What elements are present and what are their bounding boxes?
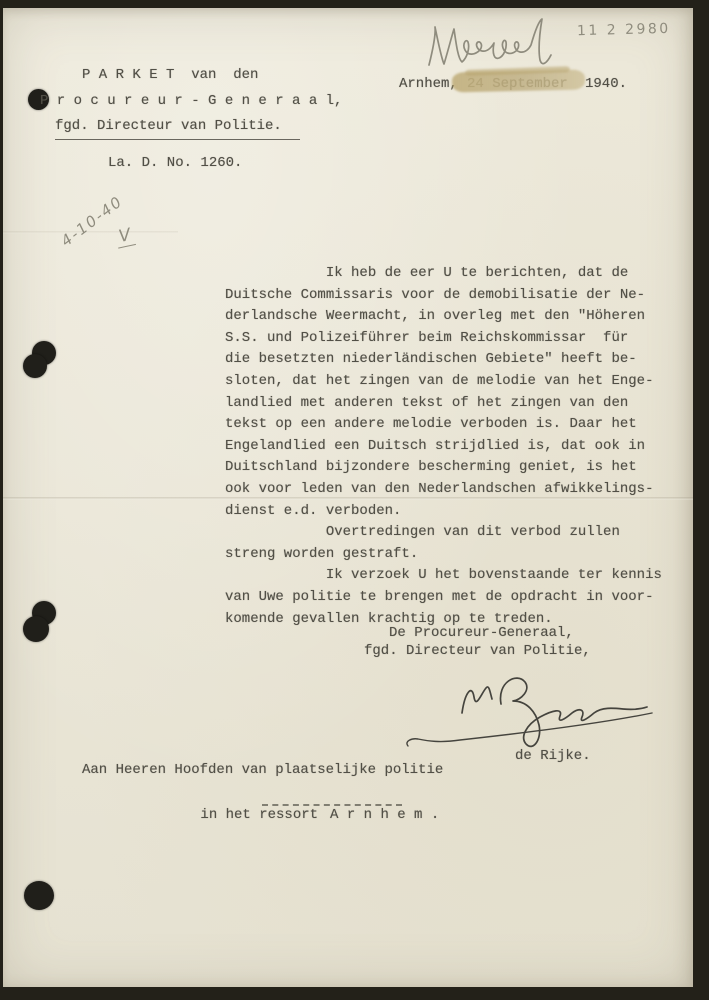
body-line: derlandsche Weermacht, in overleg met de… xyxy=(225,306,662,328)
body-line: van Uwe politie te brengen met de opdrac… xyxy=(225,587,662,609)
reference-number: La. D. No. 1260. xyxy=(108,153,242,175)
address-line2-place: A r n h e m . xyxy=(330,807,439,823)
body-line: S.S. und Polizeiführer beim Reichskommis… xyxy=(225,328,662,350)
letterhead-office-line1: P A R K E T van den xyxy=(82,65,258,87)
scanner-background: 11 2 2980 P A R K E T van den P r o c u … xyxy=(0,0,709,1000)
dateline-year: 1940. xyxy=(585,74,627,96)
letterhead-office-line3: fgd. Directeur van Politie. xyxy=(55,116,300,140)
signature-title-line2: fgd. Directeur van Politie, xyxy=(364,641,591,663)
document-page: 11 2 2980 P A R K E T van den P r o c u … xyxy=(3,8,693,987)
body-line: landlied met anderen tekst of het zingen… xyxy=(225,393,662,415)
punch-hole xyxy=(24,881,54,910)
handwritten-scrawl xyxy=(423,15,568,73)
body-line: Ik verzoek U het bovenstaande ter kennis xyxy=(225,565,662,587)
address-line2: in het ressortA r n h e m . xyxy=(150,783,439,848)
body-line: ook voor leden van den Nederlandschen af… xyxy=(225,479,662,501)
dateline-place: Arnhem, xyxy=(399,74,458,96)
body-line: sloten, dat het zingen van de melodie va… xyxy=(225,371,662,393)
body-line: die besetzten niederländischen Gebiete" … xyxy=(225,349,662,371)
letter-body: Ik heb de eer U te berichten, dat de Dui… xyxy=(225,263,662,630)
place-underline-dashes xyxy=(262,804,402,806)
address-line1: Aan Heeren Hoofden van plaatselijke poli… xyxy=(82,760,443,782)
body-line: Ik heb de eer U te berichten, dat de xyxy=(225,263,662,285)
body-line: streng worden gestraft. xyxy=(225,544,662,566)
address-line2-prefix: in het ressort xyxy=(200,807,318,823)
body-line: dienst e.d. verboden. xyxy=(225,501,662,523)
body-line: tekst op een andere melodie verboden is.… xyxy=(225,414,662,436)
punch-hole xyxy=(23,616,49,642)
signature-name: de Rijke. xyxy=(515,746,591,768)
punch-hole xyxy=(23,354,47,378)
check-paraph: V xyxy=(114,224,136,248)
body-line: Overtredingen van dit verbod zullen xyxy=(225,522,662,544)
body-line: Duitschland bijzondere bescherming genie… xyxy=(225,457,662,479)
letterhead-office-line2: P r o c u r e u r - G e n e r a a l, xyxy=(40,91,342,113)
body-line: Duitsche Commissaris voor de demobilisat… xyxy=(225,285,662,307)
archive-number: 11 2 2980 xyxy=(577,21,671,39)
body-line: Engelandlied een Duitsch strijdlied is, … xyxy=(225,436,662,458)
